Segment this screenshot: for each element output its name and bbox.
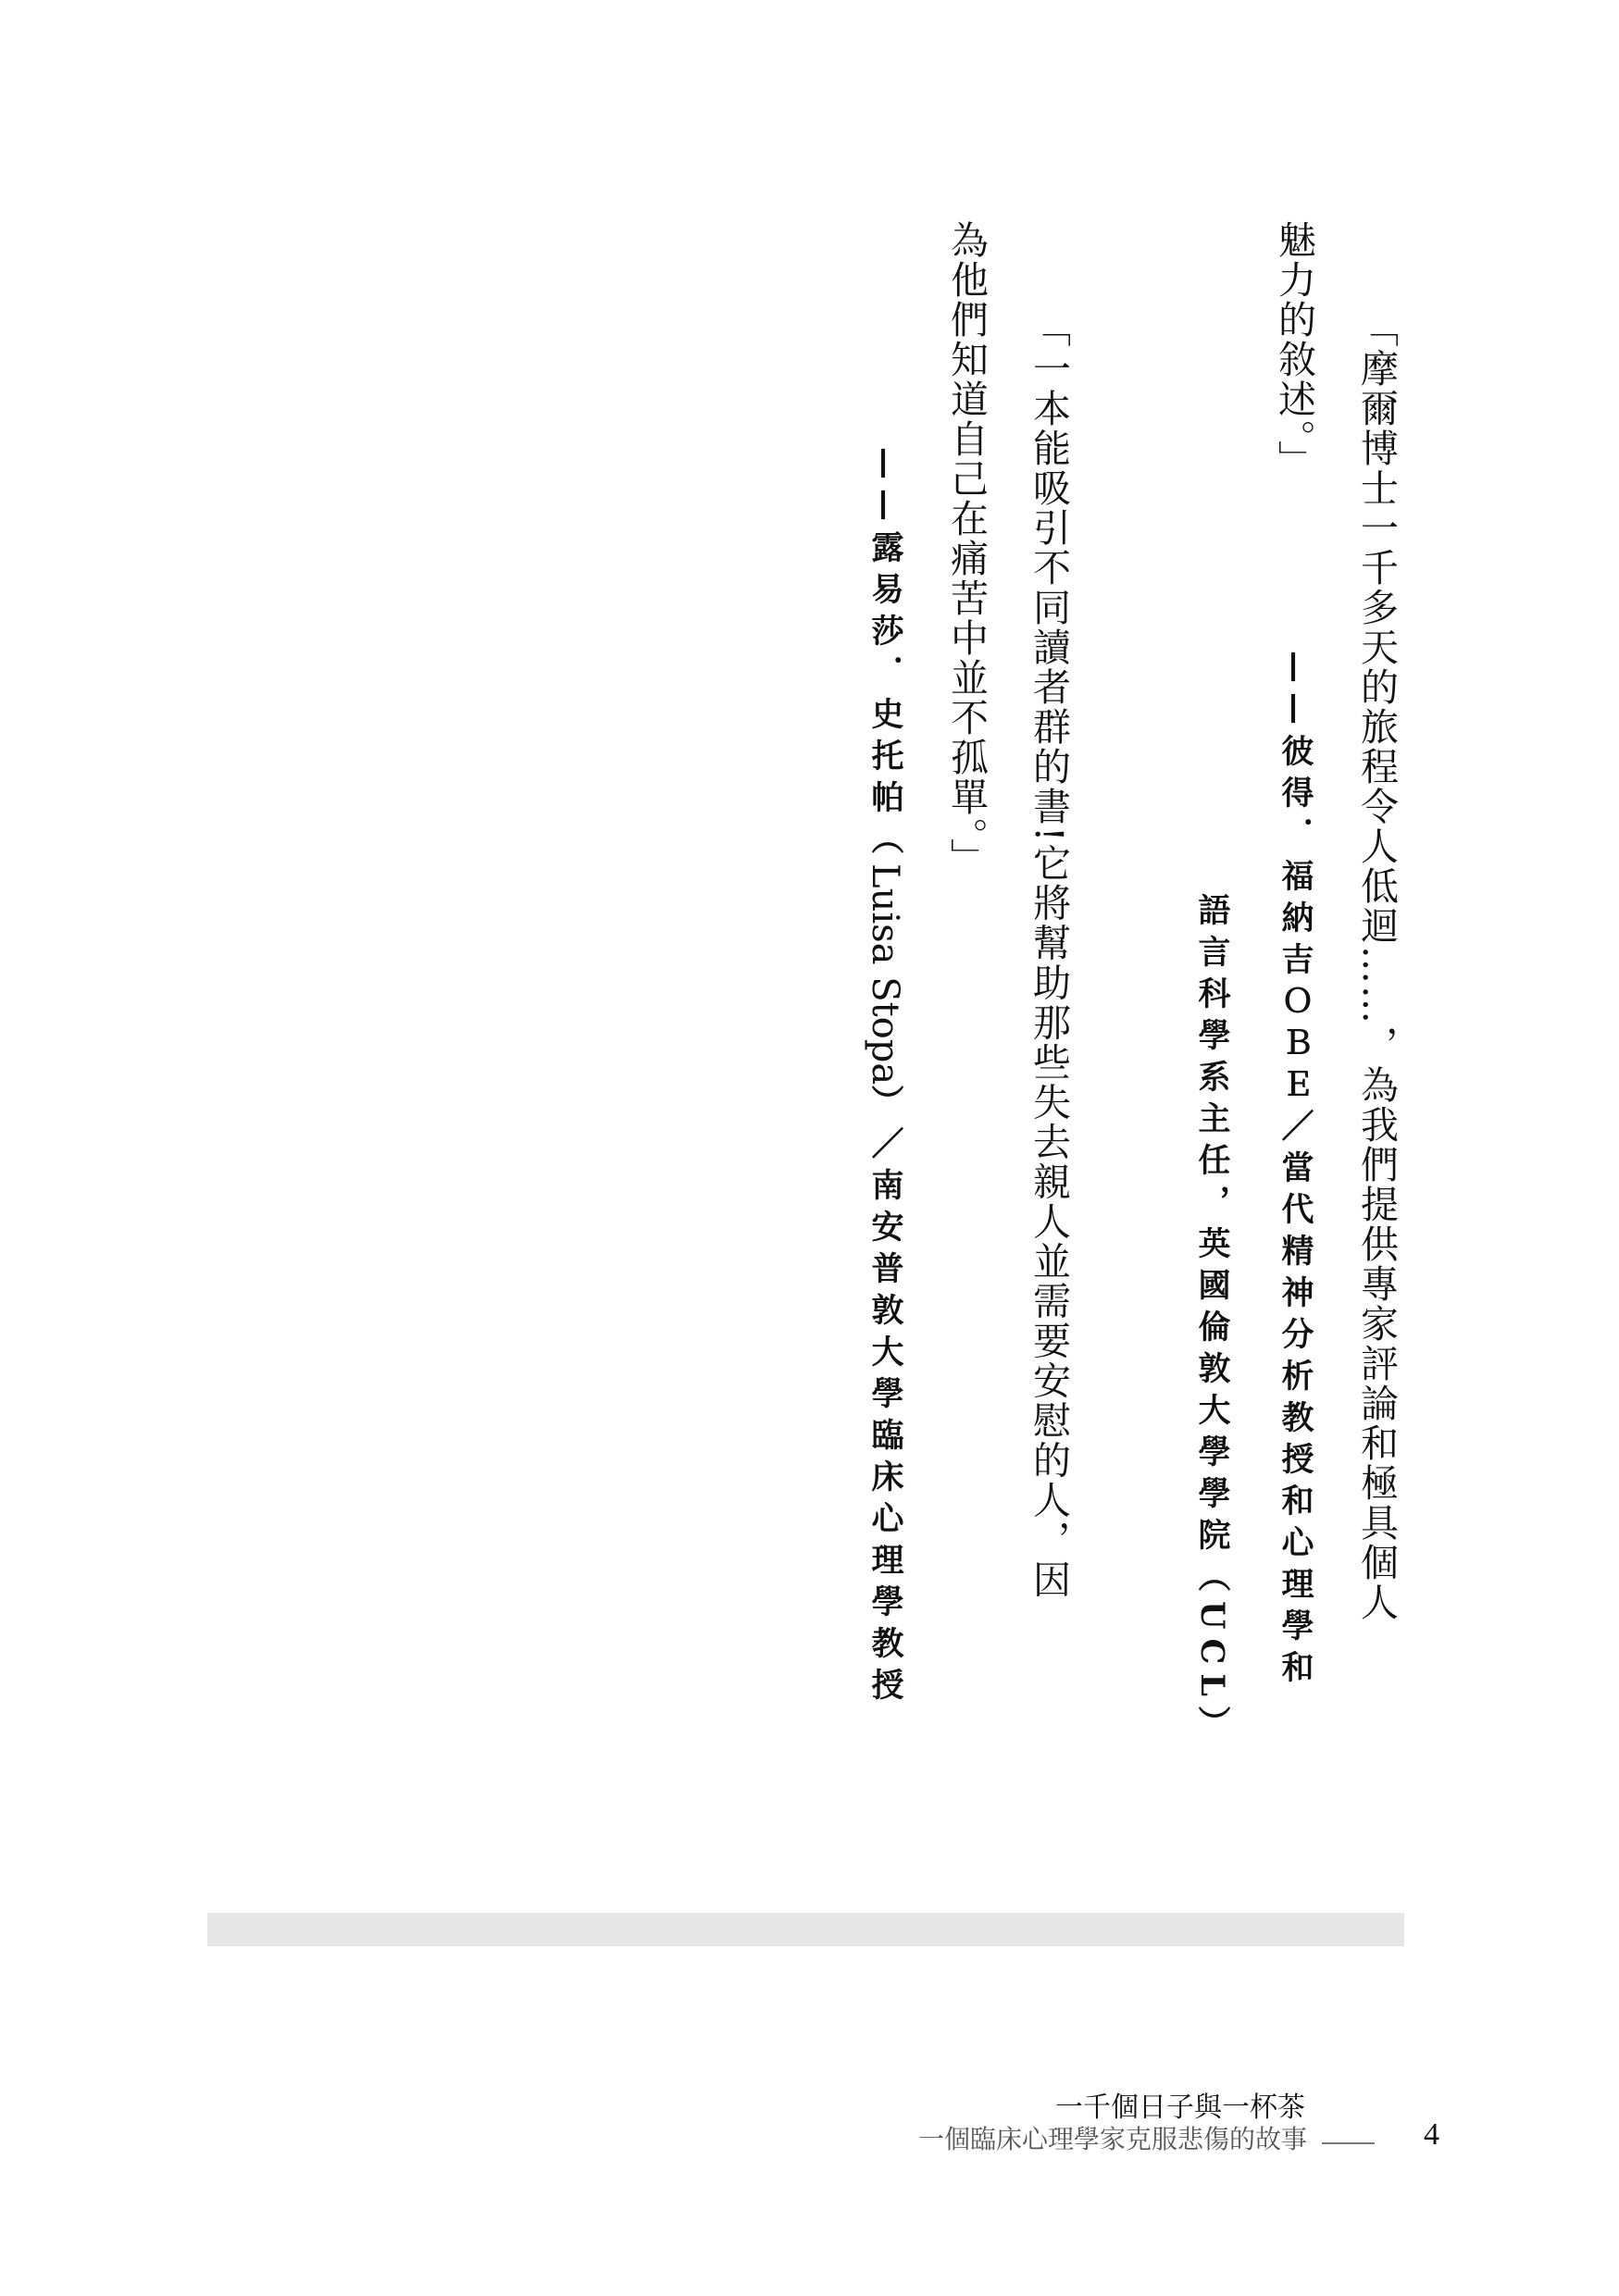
quote-1-line-2: 魅力的敘述。」 [1275,220,1313,480]
attribution-affiliation: 語言科學系主任，英國倫敦大學學院（ [1193,893,1231,1601]
attribution-title: ／當代精神分析教授和心理學和 [1277,1109,1314,1692]
page-number: 4 [1424,2117,1439,2153]
attribution-honor: ＯＢＥ [1277,984,1314,1109]
attribution-name: ——露易莎．史托帕（ [866,447,904,863]
separator-bar [207,1913,1404,1946]
attribution-name: ——彼得．福納吉 [1277,651,1314,984]
attribution-title: ）／南安普敦大學臨床心理學教授 [866,1085,904,1709]
quote-1-line-1: 「摩爾博士一千多天的旅程令人低迴……，為我們提供專家評論和極具個人 [1357,309,1395,1622]
quote-2-line-1: 「一本能吸引不同讀者群的書!它將幫助那些失去親人並需要安慰的人，因 [1029,309,1067,1599]
quote-2-line-2: 為他們知道自己在痛苦中並不孤單。」 [947,220,985,878]
book-subtitle: 一個臨床心理學家克服悲傷的故事 [918,2119,1307,2156]
quote-2-attribution: ——露易莎．史托帕（Luisa Stopa）／南安普敦大學臨床心理學教授 [866,447,903,1709]
quote-1-attribution-line-2: 語言科學系主任，英國倫敦大學學院（UCL） [1196,893,1228,1747]
attribution-close-paren: ） [1193,1706,1231,1747]
attribution-abbrev: UCL [1193,1601,1231,1706]
quote-1-attribution-line-1: ——彼得．福納吉ＯＢＥ／當代精神分析教授和心理學和 [1279,651,1312,1692]
footer-divider [1322,2142,1375,2144]
attribution-latin-name: Luisa Stopa [864,863,906,1085]
